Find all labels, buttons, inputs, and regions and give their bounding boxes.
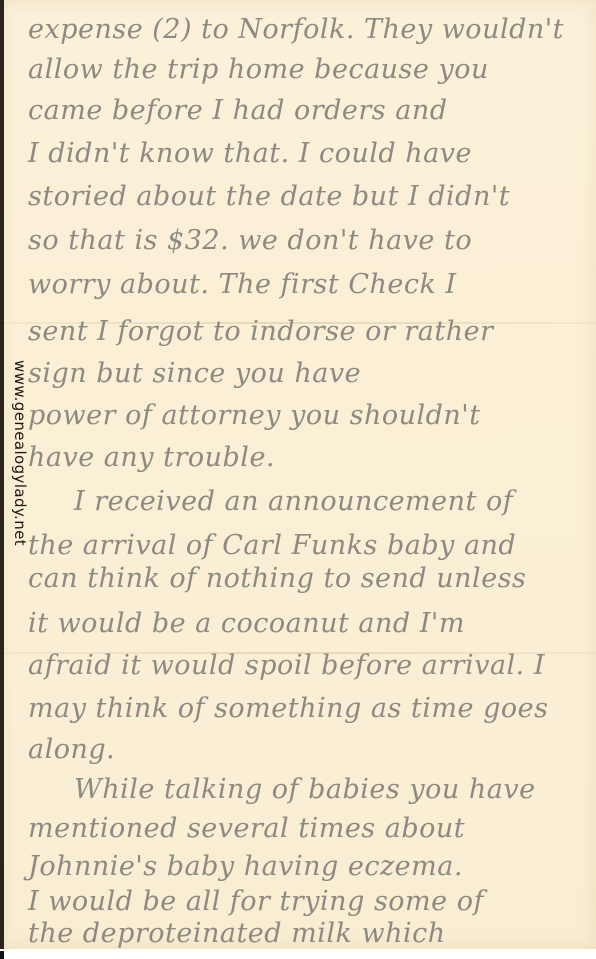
letter-line: along. (28, 736, 576, 763)
letter-line: While talking of babies you have (74, 776, 576, 803)
letter-line: I didn't know that. I could have (28, 140, 576, 167)
letter-line: the deproteinated milk which (28, 920, 576, 947)
letter-line: have any trouble. (28, 444, 576, 471)
watermark-text: www.genealogylady.net (5, 360, 29, 630)
letter-line: came before I had orders and (28, 97, 576, 124)
letter-line: afraid it would spoil before arrival. I (28, 652, 576, 679)
letter-line: it would be a cocoanut and I'm (28, 610, 576, 637)
scan-edge (0, 0, 4, 959)
letter-line: can think of nothing to send unless (28, 565, 576, 592)
letter-line: worry about. The first Check I (28, 271, 576, 298)
letter-line: so that is $32. we don't have to (28, 227, 576, 254)
letter-line: I received an announcement of (74, 488, 576, 515)
letter-line: may think of something as time goes (28, 695, 576, 722)
letter-page: expense (2) to Norfolk. They wouldn't al… (0, 0, 596, 949)
letter-line: expense (2) to Norfolk. They wouldn't (28, 16, 576, 43)
letter-line: the arrival of Carl Funks baby and (28, 532, 576, 559)
letter-line: allow the trip home because you (28, 56, 576, 83)
letter-line: sign but since you have (28, 360, 576, 387)
letter-line: storied about the date but I didn't (28, 183, 576, 210)
letter-line: Johnnie's baby having eczema. (28, 853, 576, 880)
letter-line: power of attorney you shouldn't (28, 402, 576, 429)
letter-line: I would be all for trying some of (28, 888, 576, 915)
letter-line: mentioned several times about (28, 815, 576, 842)
scan-margin (0, 949, 596, 959)
letter-line: sent I forgot to indorse or rather (28, 318, 576, 345)
scan-edge-mark (0, 951, 4, 959)
